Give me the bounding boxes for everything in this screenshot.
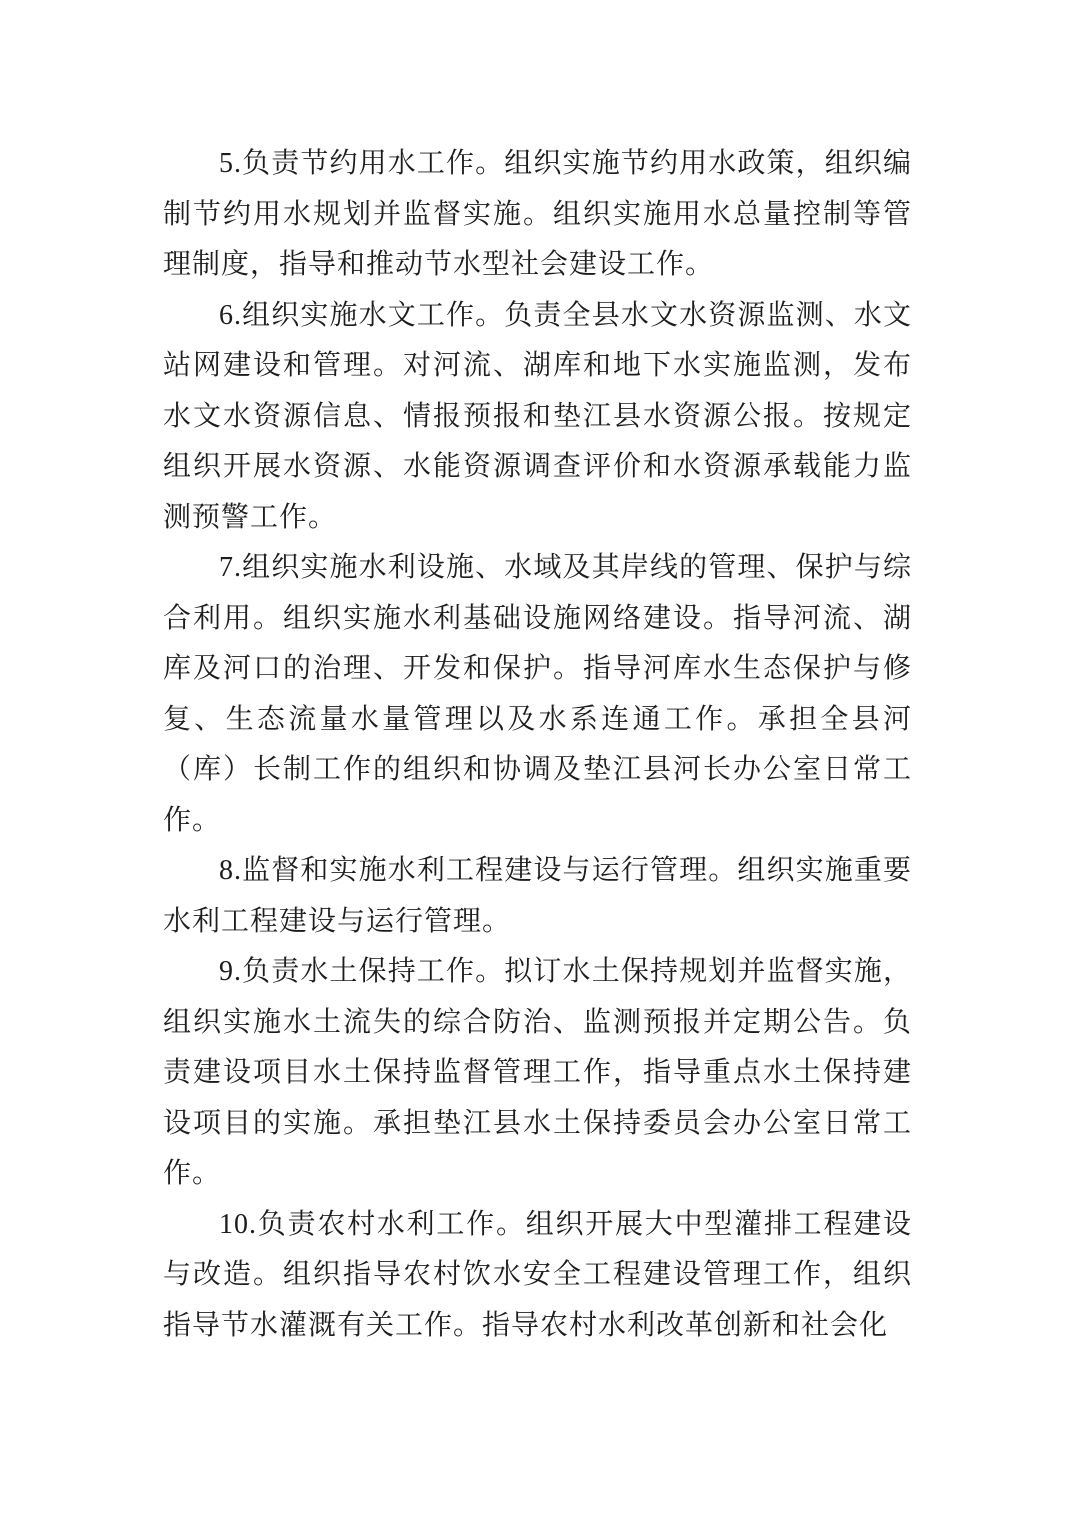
paragraph-item-9: 9.负责水土保持工作。拟订水土保持规划并监督实施，组织实施水土流失的综合防治、监…	[163, 947, 912, 1200]
paragraph-item-8: 8.监督和实施水利工程建设与运行管理。组织实施重要水利工程建设与运行管理。	[163, 846, 912, 947]
document-body: 5.负责节约用水工作。组织实施节约用水政策，组织编制节约用水规划并监督实施。组织…	[163, 139, 912, 1351]
document-page: 5.负责节约用水工作。组织实施节约用水政策，组织编制节约用水规划并监督实施。组织…	[0, 0, 1075, 1521]
paragraph-item-6: 6.组织实施水文工作。负责全县水文水资源监测、水文站网建设和管理。对河流、湖库和…	[163, 291, 912, 544]
paragraph-item-10: 10.负责农村水利工作。组织开展大中型灌排工程建设与改造。组织指导农村饮水安全工…	[163, 1200, 912, 1352]
paragraph-item-5: 5.负责节约用水工作。组织实施节约用水政策，组织编制节约用水规划并监督实施。组织…	[163, 139, 912, 291]
paragraph-item-7: 7.组织实施水利设施、水域及其岸线的管理、保护与综合利用。组织实施水利基础设施网…	[163, 543, 912, 846]
